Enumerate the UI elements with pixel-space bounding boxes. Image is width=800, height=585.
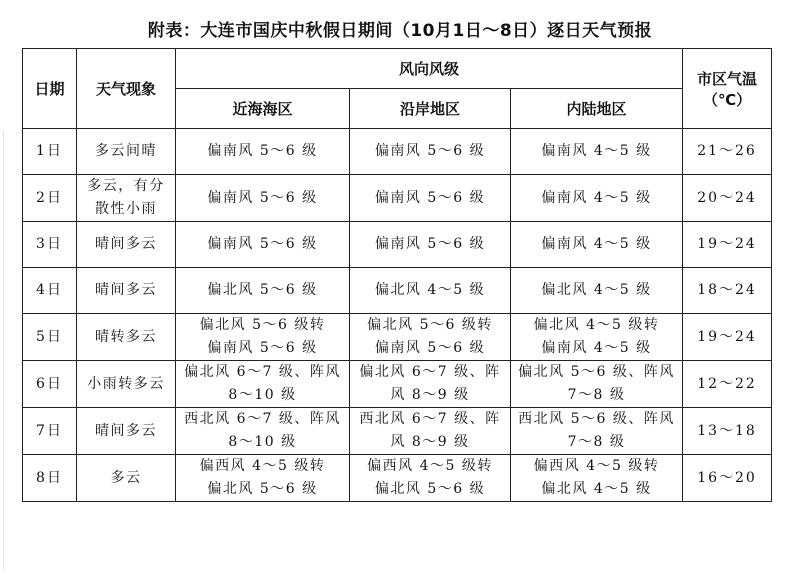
cell-inland-wind-line: 西北风 5～6 级、阵风 [511,408,682,431]
cell-inland-wind: 偏北风 4～5 级 [511,268,683,314]
cell-offshore-wind: 偏南风 5～6 级 [176,175,350,222]
table-row: 4日晴间多云偏北风 5～6 级偏北风 4～5 级偏北风 4～5 级18～24 [23,268,772,314]
cell-coastal-wind-line: 偏南风 5～6 级 [350,187,510,210]
cell-inland-wind-line: 偏北风 5～6 级、阵风 [511,361,682,384]
cell-offshore-wind-line: 8～10 级 [176,431,349,454]
cell-inland-wind-line: 7～8 级 [511,431,682,454]
table-row: 2日多云，有分散性小雨偏南风 5～6 级偏南风 5～6 级偏南风 4～5 级20… [23,175,772,222]
cell-offshore-wind-line: 偏南风 5～6 级 [176,233,349,256]
page-edge-line [3,130,4,570]
cell-coastal-wind-line: 风 8～9 级 [350,431,510,454]
cell-temperature: 20～24 [683,175,772,222]
cell-offshore-wind: 偏北风 5～6 级 [176,268,350,314]
header-offshore: 近海海区 [176,89,350,129]
cell-temperature: 12～22 [683,361,772,408]
cell-coastal-wind-line: 偏北风 5～6 级转 [350,314,510,337]
cell-offshore-wind-line: 偏北风 5～6 级 [176,279,349,302]
cell-offshore-wind-line: 偏南风 5～6 级 [176,187,349,210]
cell-inland-wind: 偏南风 4～5 级 [511,129,683,175]
cell-date: 2日 [23,175,77,222]
table-row: 6日小雨转多云偏北风 6～7 级、阵风8～10 级偏北风 6～7 级、阵风 8～… [23,361,772,408]
cell-coastal-wind-line: 偏南风 5～6 级 [350,140,510,163]
cell-weather-line: 晴间多云 [77,420,175,443]
cell-inland-wind-line: 偏南风 4～5 级 [511,187,682,210]
cell-coastal-wind: 偏北风 4～5 级 [350,268,511,314]
header-weather: 天气现象 [77,49,176,129]
cell-offshore-wind: 偏北风 5～6 级转偏南风 5～6 级 [176,314,350,361]
cell-inland-wind: 偏南风 4～5 级 [511,175,683,222]
cell-inland-wind-line: 偏西风 4～5 级转 [511,455,682,478]
cell-weather: 晴间多云 [77,268,176,314]
document-title: 附表：大连市国庆中秋假日期间（10月1日～8日）逐日天气预报 [0,20,800,42]
cell-date: 1日 [23,129,77,175]
cell-temperature: 19～24 [683,222,772,268]
cell-offshore-wind-line: 偏北风 5～6 级 [176,478,349,501]
cell-coastal-wind: 西北风 6～7 级、阵风 8～9 级 [350,408,511,455]
cell-temperature: 21～26 [683,129,772,175]
cell-weather: 晴转多云 [77,314,176,361]
cell-inland-wind-line: 偏南风 4～5 级 [511,337,682,360]
cell-date: 6日 [23,361,77,408]
header-inland: 内陆地区 [511,89,683,129]
cell-offshore-wind: 偏北风 6～7 级、阵风8～10 级 [176,361,350,408]
cell-temperature: 18～24 [683,268,772,314]
cell-weather: 多云间晴 [77,129,176,175]
header-coastal: 沿岸地区 [350,89,511,129]
table-row: 5日晴转多云偏北风 5～6 级转偏南风 5～6 级偏北风 5～6 级转偏南风 5… [23,314,772,361]
cell-coastal-wind-line: 偏西风 4～5 级转 [350,455,510,478]
cell-offshore-wind-line: 偏北风 6～7 级、阵风 [176,361,349,384]
cell-inland-wind-line: 偏南风 4～5 级 [511,140,682,163]
cell-weather-line: 散性小雨 [77,198,175,221]
cell-weather: 晴间多云 [77,408,176,455]
table-row: 1日多云间晴偏南风 5～6 级偏南风 5～6 级偏南风 4～5 级21～26 [23,129,772,175]
forecast-table: 日期 天气现象 风向风级 市区气温 （℃） 近海海区 沿岸地区 内陆地区 1日多… [22,48,772,502]
cell-weather-line: 晴转多云 [77,326,175,349]
cell-coastal-wind: 偏南风 5～6 级 [350,175,511,222]
cell-coastal-wind-line: 风 8～9 级 [350,384,510,407]
cell-inland-wind-line: 7～8 级 [511,384,682,407]
cell-coastal-wind-line: 偏北风 4～5 级 [350,279,510,302]
header-temperature-unit: （℃） [683,89,771,110]
cell-inland-wind: 偏北风 4～5 级转偏南风 4～5 级 [511,314,683,361]
cell-temperature: 19～24 [683,314,772,361]
cell-date: 4日 [23,268,77,314]
cell-weather-line: 小雨转多云 [77,373,175,396]
header-wind-group: 风向风级 [176,49,683,89]
cell-date: 5日 [23,314,77,361]
cell-offshore-wind-line: 西北风 6～7 级、阵风 [176,408,349,431]
cell-offshore-wind-line: 偏北风 5～6 级转 [176,314,349,337]
cell-date: 7日 [23,408,77,455]
cell-inland-wind: 偏西风 4～5 级转偏北风 4～5 级 [511,455,683,502]
cell-coastal-wind: 偏北风 5～6 级转偏南风 5～6 级 [350,314,511,361]
header-temperature-label: 市区气温 [683,68,771,89]
cell-date: 3日 [23,222,77,268]
table-row: 7日晴间多云西北风 6～7 级、阵风8～10 级西北风 6～7 级、阵风 8～9… [23,408,772,455]
cell-coastal-wind: 偏西风 4～5 级转偏北风 5～6 级 [350,455,511,502]
cell-offshore-wind: 偏南风 5～6 级 [176,222,350,268]
cell-offshore-wind: 偏西风 4～5 级转偏北风 5～6 级 [176,455,350,502]
cell-coastal-wind-line: 偏北风 6～7 级、阵 [350,361,510,384]
cell-weather: 小雨转多云 [77,361,176,408]
cell-weather-line: 晴间多云 [77,279,175,302]
cell-coastal-wind-line: 偏南风 5～6 级 [350,233,510,256]
cell-offshore-wind-line: 8～10 级 [176,384,349,407]
cell-weather-line: 晴间多云 [77,233,175,256]
forecast-body: 1日多云间晴偏南风 5～6 级偏南风 5～6 级偏南风 4～5 级21～262日… [23,129,772,502]
cell-coastal-wind-line: 西北风 6～7 级、阵 [350,408,510,431]
cell-coastal-wind: 偏南风 5～6 级 [350,129,511,175]
cell-weather: 多云 [77,455,176,502]
cell-coastal-wind: 偏南风 5～6 级 [350,222,511,268]
cell-coastal-wind-line: 偏南风 5～6 级 [350,337,510,360]
cell-inland-wind: 西北风 5～6 级、阵风7～8 级 [511,408,683,455]
cell-inland-wind-line: 偏北风 4～5 级转 [511,314,682,337]
cell-inland-wind: 偏南风 4～5 级 [511,222,683,268]
cell-coastal-wind-line: 偏北风 5～6 级 [350,478,510,501]
cell-offshore-wind-line: 偏南风 5～6 级 [176,140,349,163]
header-date: 日期 [23,49,77,129]
cell-offshore-wind: 偏南风 5～6 级 [176,129,350,175]
cell-weather-line: 多云 [77,467,175,490]
cell-offshore-wind-line: 偏南风 5～6 级 [176,337,349,360]
header-temperature: 市区气温 （℃） [683,49,772,129]
table-row: 3日晴间多云偏南风 5～6 级偏南风 5～6 级偏南风 4～5 级19～24 [23,222,772,268]
cell-inland-wind: 偏北风 5～6 级、阵风7～8 级 [511,361,683,408]
cell-date: 8日 [23,455,77,502]
table-row: 8日多云偏西风 4～5 级转偏北风 5～6 级偏西风 4～5 级转偏北风 5～6… [23,455,772,502]
cell-temperature: 13～18 [683,408,772,455]
cell-inland-wind-line: 偏南风 4～5 级 [511,233,682,256]
cell-weather-line: 多云，有分 [77,175,175,198]
cell-weather-line: 多云间晴 [77,140,175,163]
cell-offshore-wind: 西北风 6～7 级、阵风8～10 级 [176,408,350,455]
cell-temperature: 16～20 [683,455,772,502]
cell-inland-wind-line: 偏北风 4～5 级 [511,478,682,501]
cell-coastal-wind: 偏北风 6～7 级、阵风 8～9 级 [350,361,511,408]
cell-inland-wind-line: 偏北风 4～5 级 [511,279,682,302]
cell-weather: 晴间多云 [77,222,176,268]
cell-weather: 多云，有分散性小雨 [77,175,176,222]
cell-offshore-wind-line: 偏西风 4～5 级转 [176,455,349,478]
